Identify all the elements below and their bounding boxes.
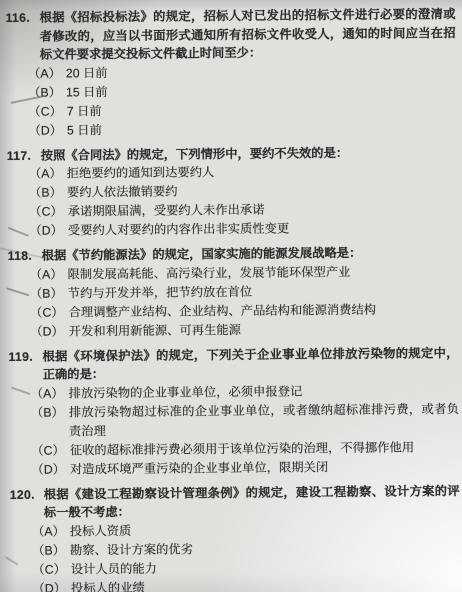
option-row: （D） 受要约人对要约的内容作出非实质性变更 — [29, 218, 457, 241]
question-body: 根据《建设工程勘察设计管理条例》的规定，建设工程勘察、设计方案的评标一般不考虑：… — [44, 482, 461, 592]
option-label: （D） — [29, 221, 63, 240]
option-label: （B） — [32, 541, 65, 560]
scanned-exam-page: 116. 根据《招标投标法》的规定，招标人对已发出的招标文件进行必要的澄清或者修… — [0, 0, 462, 592]
option-label: （A） — [32, 522, 65, 541]
question-118: 118. 根据《节约能源法》的规定，国家实施的能源发展战略是： （A） 限制发展… — [8, 243, 459, 341]
option-label: （D） — [32, 579, 66, 592]
question-119: 119. 根据《环境保护法》的规定，下列关于企业事业单位排放污染物的规定中，正确… — [8, 344, 459, 480]
option-label: （A） — [28, 64, 61, 83]
option-label: （D） — [31, 460, 65, 479]
question-116: 116. 根据《招标投标法》的规定，招标人对已发出的招标文件进行必要的澄清或者修… — [5, 5, 456, 140]
option-row: （D） 投标人的业绩 — [32, 576, 460, 592]
question-body: 根据《招标投标法》的规定，招标人对已发出的招标文件进行必要的澄清或者修改的，应当… — [39, 5, 456, 140]
option-label: （D） — [28, 121, 62, 140]
option-text: 开发和利用新能源、可再生能源 — [69, 319, 459, 341]
option-label: （C） — [28, 102, 62, 121]
option-label: （B） — [30, 284, 63, 303]
option-text: 排放污染物超过标准的企业事业单位，或者缴纳超标准排污费，或者负责治理 — [69, 400, 460, 441]
question-stem: 根据《招标投标法》的规定，招标人对已发出的招标文件进行必要的澄清或者修改的，应当… — [39, 5, 455, 64]
option-text: 受要约人对要约的内容作出非实质性变更 — [68, 218, 458, 240]
question-120: 120. 根据《建设工程勘察设计管理条例》的规定，建设工程勘察、设计方案的评标一… — [10, 482, 461, 592]
question-body: 根据《节约能源法》的规定，国家实施的能源发展战略是： （A） 限制发展高耗能、高… — [42, 243, 459, 341]
option-text: 对造成环境严重污染的企业事业单位，限期关闭 — [70, 457, 460, 479]
question-stem: 根据《环境保护法》的规定，下列关于企业事业单位排放污染物的规定中，正确的是： — [42, 344, 458, 385]
option-label: （C） — [30, 303, 64, 322]
option-row: （B） 排放污染物超过标准的企业事业单位，或者缴纳超标准排污费，或者负责治理 — [31, 400, 459, 442]
question-list: 116. 根据《招标投标法》的规定，招标人对已发出的招标文件进行必要的澄清或者修… — [0, 0, 462, 592]
option-label: （C） — [32, 560, 66, 579]
option-row: （D） 5 日前 — [28, 118, 456, 141]
option-label: （B） — [28, 83, 61, 102]
option-label: （B） — [29, 183, 62, 202]
question-stem: 根据《建设工程勘察设计管理条例》的规定，建设工程勘察、设计方案的评标一般不考虑： — [44, 482, 460, 523]
question-body: 按照《合同法》的规定，下列情形中，要约不失效的是： （A） 拒绝要约的通知到达要… — [41, 143, 458, 241]
option-label: （D） — [30, 322, 64, 341]
option-row: （D） 开发和利用新能源、可再生能源 — [30, 319, 458, 342]
option-label: （C） — [31, 441, 65, 460]
option-row: （D） 对造成环境严重污染的企业事业单位，限期关闭 — [31, 457, 459, 480]
option-label: （A） — [29, 164, 62, 183]
question-117: 117. 按照《合同法》的规定，下列情形中，要约不失效的是： （A） 拒绝要约的… — [7, 143, 458, 241]
option-text: 投标人的业绩 — [71, 576, 461, 592]
option-label: （C） — [29, 202, 63, 221]
question-body: 根据《环境保护法》的规定，下列关于企业事业单位排放污染物的规定中，正确的是： （… — [42, 344, 459, 480]
option-text: 5 日前 — [67, 118, 457, 140]
option-label: （A） — [30, 265, 63, 284]
option-label: （A） — [31, 384, 64, 403]
option-label: （B） — [31, 403, 64, 441]
